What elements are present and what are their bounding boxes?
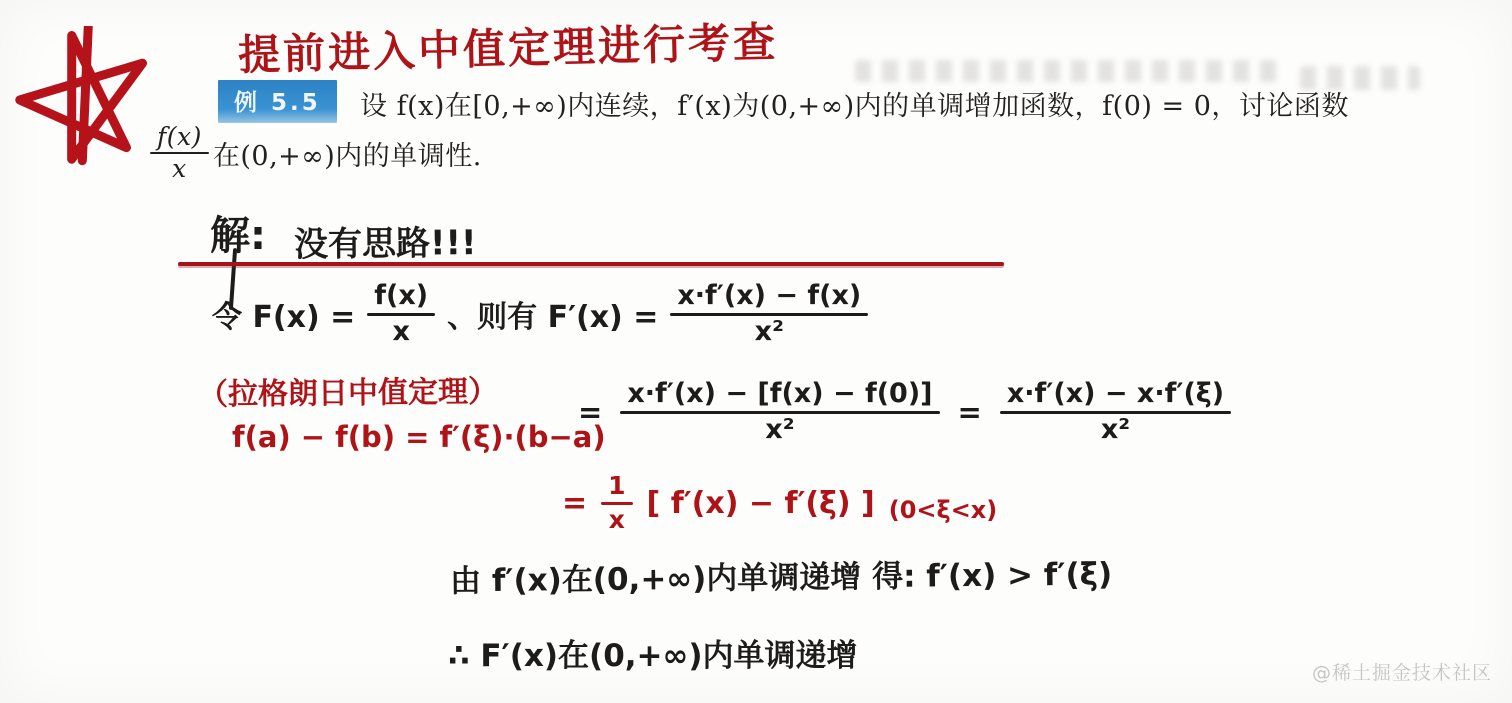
step2-equals-1: = xyxy=(578,395,602,429)
bleed-through-smudge xyxy=(855,60,1285,82)
problem-statement-line2: 在(0,+∞)内的单调性. xyxy=(213,134,482,173)
solution-step3-row: = 1 x [ f′(x) − f′(ξ) ] (0<ξ<x) xyxy=(562,472,997,534)
red-star-icon xyxy=(10,26,162,176)
fraction-numerator: x·f′(x) − [f(x) − f(0)] xyxy=(620,380,939,408)
red-divider-line xyxy=(178,262,1004,266)
step1-fraction-1: f(x) x xyxy=(367,282,435,346)
mvt-note-formula: f(a) − f(b) = f′(ξ)·(b−a) xyxy=(232,420,606,454)
fraction-numerator: x·f′(x) − x·f′(ξ) xyxy=(1000,380,1231,408)
step1-fraction-2: x·f′(x) − f(x) x² xyxy=(670,282,868,346)
step3-fraction: 1 x xyxy=(601,473,632,533)
step2-fraction-1: x·f′(x) − [f(x) − f(0)] x² xyxy=(620,380,939,444)
example-tag: 例 5.5 xyxy=(218,80,337,122)
red-annotation-heading: 提前进入中值定理进行考查 xyxy=(237,9,778,82)
fraction-numerator: f(x) xyxy=(367,282,435,310)
step3-bracket-expression: [ f′(x) − f′(ξ) ] xyxy=(647,486,875,521)
fraction-denominator: x² xyxy=(1094,416,1137,444)
step1-mid: 、则有 F′(x) = xyxy=(447,292,658,336)
problem-fraction: f(x) x xyxy=(150,124,209,183)
solution-step5-line: ∴ F′(x)在(0,+∞)内单调递增 xyxy=(448,630,858,675)
fraction-denominator: x xyxy=(165,156,194,182)
mvt-note-title: （拉格朗日中值定理） xyxy=(198,366,498,413)
solution-step4-line: 由 f′(x)在(0,+∞)内单调递增 得: f′(x) > f′(ξ) xyxy=(450,549,1113,601)
step3-equals: = xyxy=(562,486,587,521)
fraction-denominator: x xyxy=(602,507,632,533)
no-idea-remark: 没有思路!!! xyxy=(294,215,477,266)
solution-step1-row: 令 F(x) = f(x) x 、则有 F′(x) = x·f′(x) − f(… xyxy=(212,276,868,352)
fraction-denominator: x² xyxy=(748,318,791,346)
problem-statement-line1: 设 f(x)在[0,+∞)内连续，f′(x)为(0,+∞)内的单调增加函数，f(… xyxy=(360,84,1349,123)
fraction-numerator: x·f′(x) − f(x) xyxy=(670,282,868,310)
solve-label: 解: xyxy=(210,204,266,261)
fraction-denominator: x xyxy=(386,318,417,346)
notebook-page: 提前进入中值定理进行考查 例 5.5 设 f(x)在[0,+∞)内连续，f′(x… xyxy=(0,0,1512,703)
watermark: @稀土掘金技术社区 xyxy=(1312,658,1492,685)
fraction-denominator: x² xyxy=(758,416,801,444)
step2-fraction-2: x·f′(x) − x·f′(ξ) x² xyxy=(1000,380,1231,444)
solution-step2-row: = x·f′(x) − [f(x) − f(0)] x² = x·f′(x) −… xyxy=(578,362,1231,462)
problem-statement-line2-row: f(x) x 在(0,+∞)内的单调性. xyxy=(150,124,482,183)
fraction-numerator: 1 xyxy=(601,473,632,499)
step2-equals-2: = xyxy=(958,395,982,429)
step1-lead: 令 F(x) = xyxy=(212,292,355,336)
fraction-numerator: f(x) xyxy=(150,124,209,150)
step3-condition: (0<ξ<x) xyxy=(889,496,998,524)
